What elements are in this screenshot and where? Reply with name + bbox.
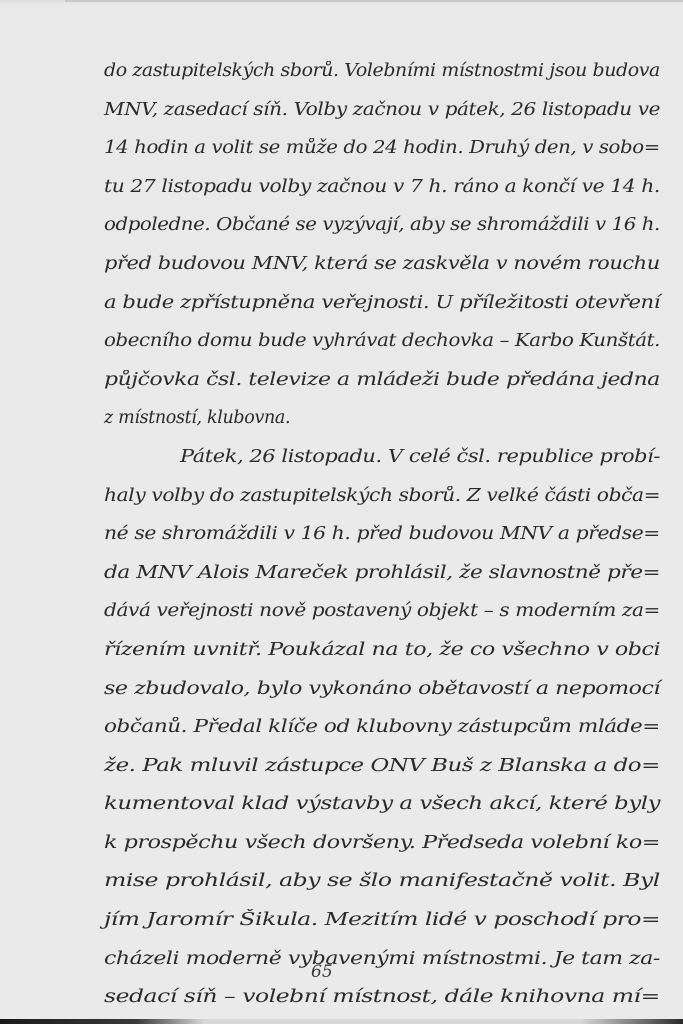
page-number: 65: [311, 962, 333, 982]
line-text: a bude zpřístupněna veřejnosti. U přílež…: [104, 284, 660, 323]
line-text: 14 hodin a volit se může do 24 hodin. Dr…: [104, 129, 660, 168]
line-text: že. Pak mluvil zástupce ONV Buš z Blansk…: [104, 747, 660, 786]
text-line-12: haly volby do zastupitelských sborů. Z v…: [104, 477, 664, 516]
text-line-3: 14 hodin a volit se může do 24 hodin. Dr…: [104, 129, 664, 168]
page-top-edge-shadow: [65, 0, 683, 2]
text-line-11-paragraph-start: Pátek, 26 listopadu. V celé čsl. republi…: [104, 438, 664, 477]
handwritten-text-block: do zastupitelských sborů. Volebními míst…: [104, 52, 664, 1017]
text-line-2: MNV, zasedací síň. Volby začnou v pátek,…: [104, 91, 664, 130]
line-text: mise prohlásil, aby se šlo manifestačně …: [104, 862, 660, 901]
text-line-17: se zbudovalo, bylo vykonáno obětavostí a…: [104, 670, 664, 709]
line-text: sedací síň – volební místnost, dále knih…: [104, 978, 660, 1017]
text-line-5: odpoledne. Občané se vyzývají, aby se sh…: [104, 206, 664, 245]
text-line-18: občanů. Předal klíče od klubovny zástupc…: [104, 708, 664, 747]
text-line-14: da MNV Alois Mareček prohlásil, že slavn…: [104, 554, 664, 593]
text-line-4: tu 27 listopadu volby začnou v 7 h. ráno…: [104, 168, 664, 207]
text-line-21: k prospěchu všech dovršeny. Předseda vol…: [104, 824, 664, 863]
line-text: MNV, zasedací síň. Volby začnou v pátek,…: [104, 91, 660, 130]
line-text: dává veřejnosti nově postavený objekt – …: [104, 592, 660, 631]
text-line-6: před budovou MNV, která se zaskvěla v no…: [104, 245, 664, 284]
line-text: půjčovka čsl. televize a mládeži bude př…: [104, 361, 660, 400]
line-text: kumentoval klad výstavby a všech akcí, k…: [104, 785, 660, 824]
text-line-25: sedací síň – volební místnost, dále knih…: [104, 978, 664, 1017]
line-text: k prospěchu všech dovršeny. Předseda vol…: [104, 824, 660, 863]
line-text: před budovou MNV, která se zaskvěla v no…: [104, 245, 660, 284]
line-text: občanů. Předal klíče od klubovny zástupc…: [104, 708, 660, 747]
line-text: obecního domu bude vyhrávat dechovka – K…: [104, 322, 660, 361]
line-text: řízením uvnitř. Poukázal na to, že co vš…: [104, 631, 660, 670]
text-line-23: jím Jaromír Šikula. Mezitím lidé v posch…: [104, 901, 664, 940]
text-line-13: né se shromáždili v 16 h. před budovou M…: [104, 515, 664, 554]
text-line-15: dává veřejnosti nově postavený objekt – …: [104, 592, 664, 631]
line-text: né se shromáždili v 16 h. před budovou M…: [104, 515, 660, 554]
text-line-10: z místností, klubovna.: [104, 399, 664, 438]
line-text: tu 27 listopadu volby začnou v 7 h. ráno…: [104, 168, 660, 207]
text-line-7: a bude zpřístupněna veřejnosti. U přílež…: [104, 284, 664, 323]
text-line-1: do zastupitelských sborů. Volebními míst…: [104, 52, 664, 91]
line-text: z místností, klubovna.: [104, 399, 290, 438]
text-line-9: půjčovka čsl. televize a mládeži bude př…: [104, 361, 664, 400]
scan-bottom-edge: [0, 1019, 683, 1024]
line-text: do zastupitelských sborů. Volebními míst…: [104, 52, 660, 91]
line-text: da MNV Alois Mareček prohlásil, že slavn…: [104, 554, 660, 593]
text-line-22: mise prohlásil, aby se šlo manifestačně …: [104, 862, 664, 901]
line-text: cházeli moderně vybavenými místnostmi. J…: [104, 940, 660, 979]
text-line-19: že. Pak mluvil zástupce ONV Buš z Blansk…: [104, 747, 664, 786]
line-text: haly volby do zastupitelských sborů. Z v…: [104, 477, 660, 516]
text-line-8: obecního domu bude vyhrávat dechovka – K…: [104, 322, 664, 361]
line-text: odpoledne. Občané se vyzývají, aby se sh…: [104, 206, 660, 245]
scanned-page: do zastupitelských sborů. Volebními míst…: [0, 0, 683, 1024]
line-text: jím Jaromír Šikula. Mezitím lidé v posch…: [104, 901, 660, 940]
text-line-16: řízením uvnitř. Poukázal na to, že co vš…: [104, 631, 664, 670]
text-line-20: kumentoval klad výstavby a všech akcí, k…: [104, 785, 664, 824]
line-text: se zbudovalo, bylo vykonáno obětavostí a…: [104, 670, 660, 709]
line-text: Pátek, 26 listopadu. V celé čsl. republi…: [180, 438, 660, 477]
text-line-24: cházeli moderně vybavenými místnostmi. J…: [104, 940, 664, 979]
